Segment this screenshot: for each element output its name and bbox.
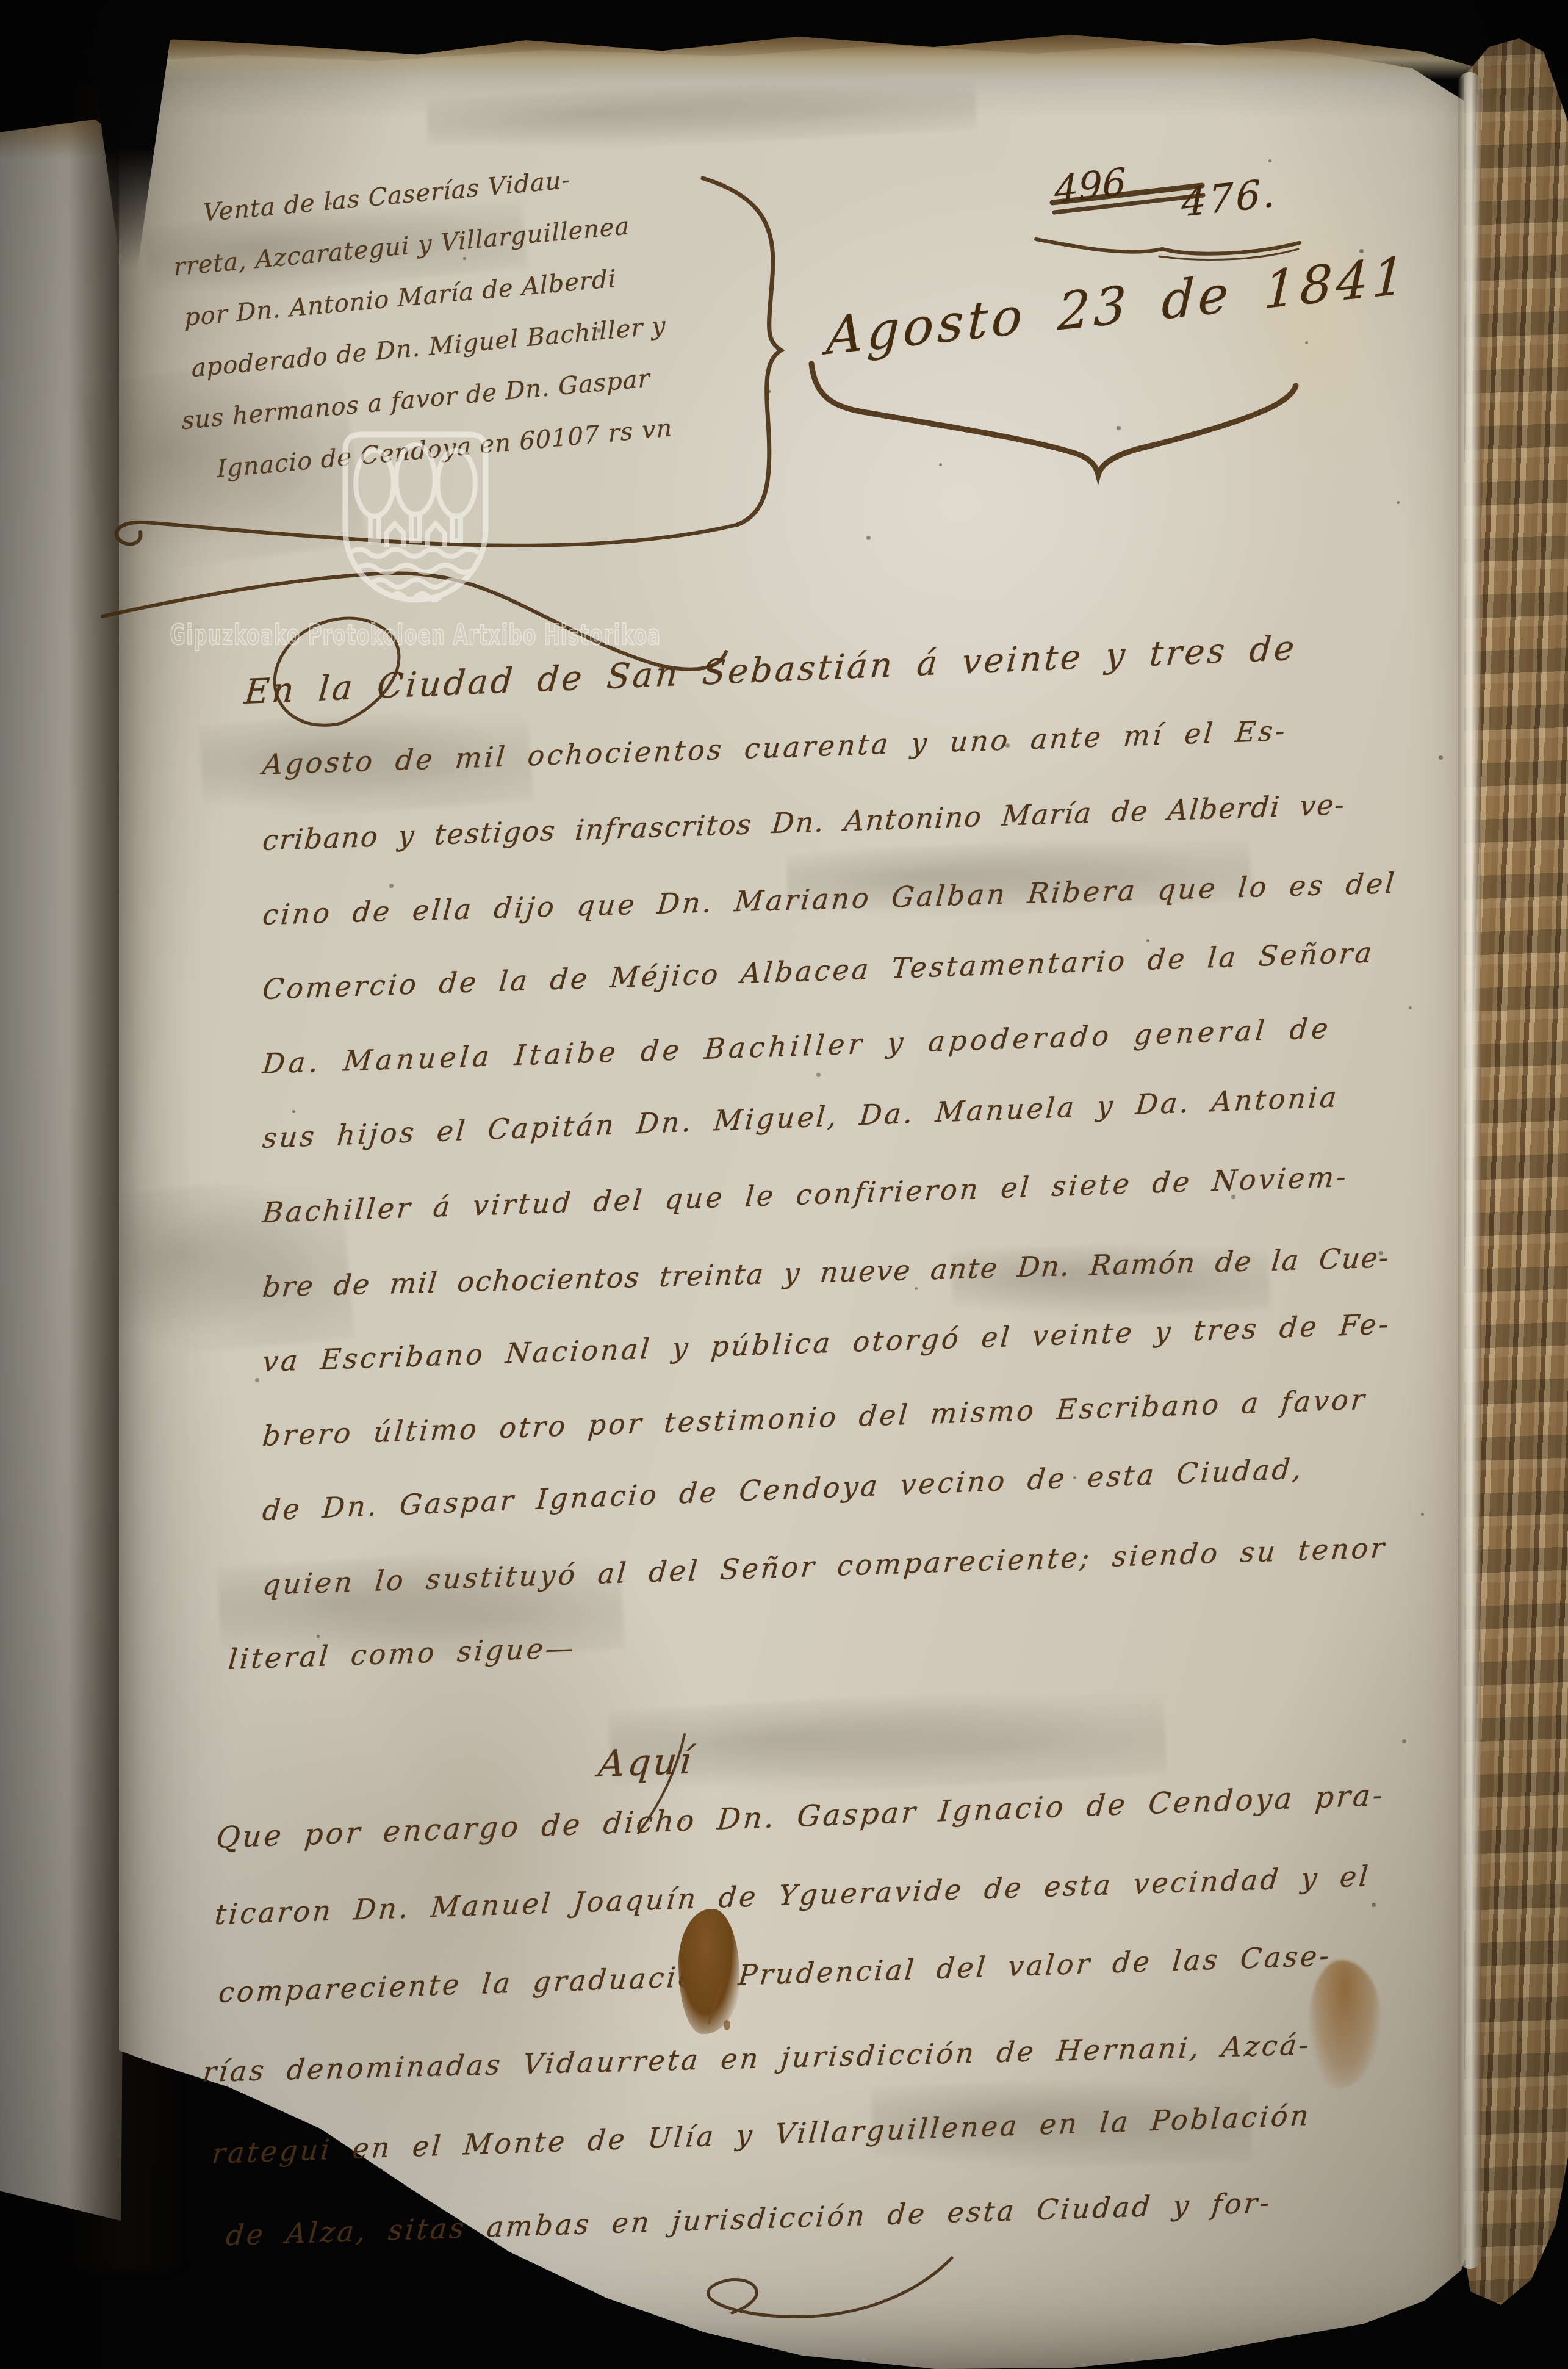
- foxing-specks: [0, 0, 2, 2]
- folio-number-crossed-out: 496: [1054, 159, 1127, 213]
- archive-photo: { "header": { "crossed_out_folio": "496"…: [0, 0, 1568, 2369]
- page-edge-ridge: [1458, 72, 1481, 2269]
- ink-blot: [678, 1909, 739, 2034]
- aqui-heading: Aquí: [597, 1740, 696, 1786]
- margin-summary-note: Venta de las Caserías Vidau- rreta, Azca…: [172, 136, 774, 521]
- page-top-weathered-edge: [119, 32, 1476, 79]
